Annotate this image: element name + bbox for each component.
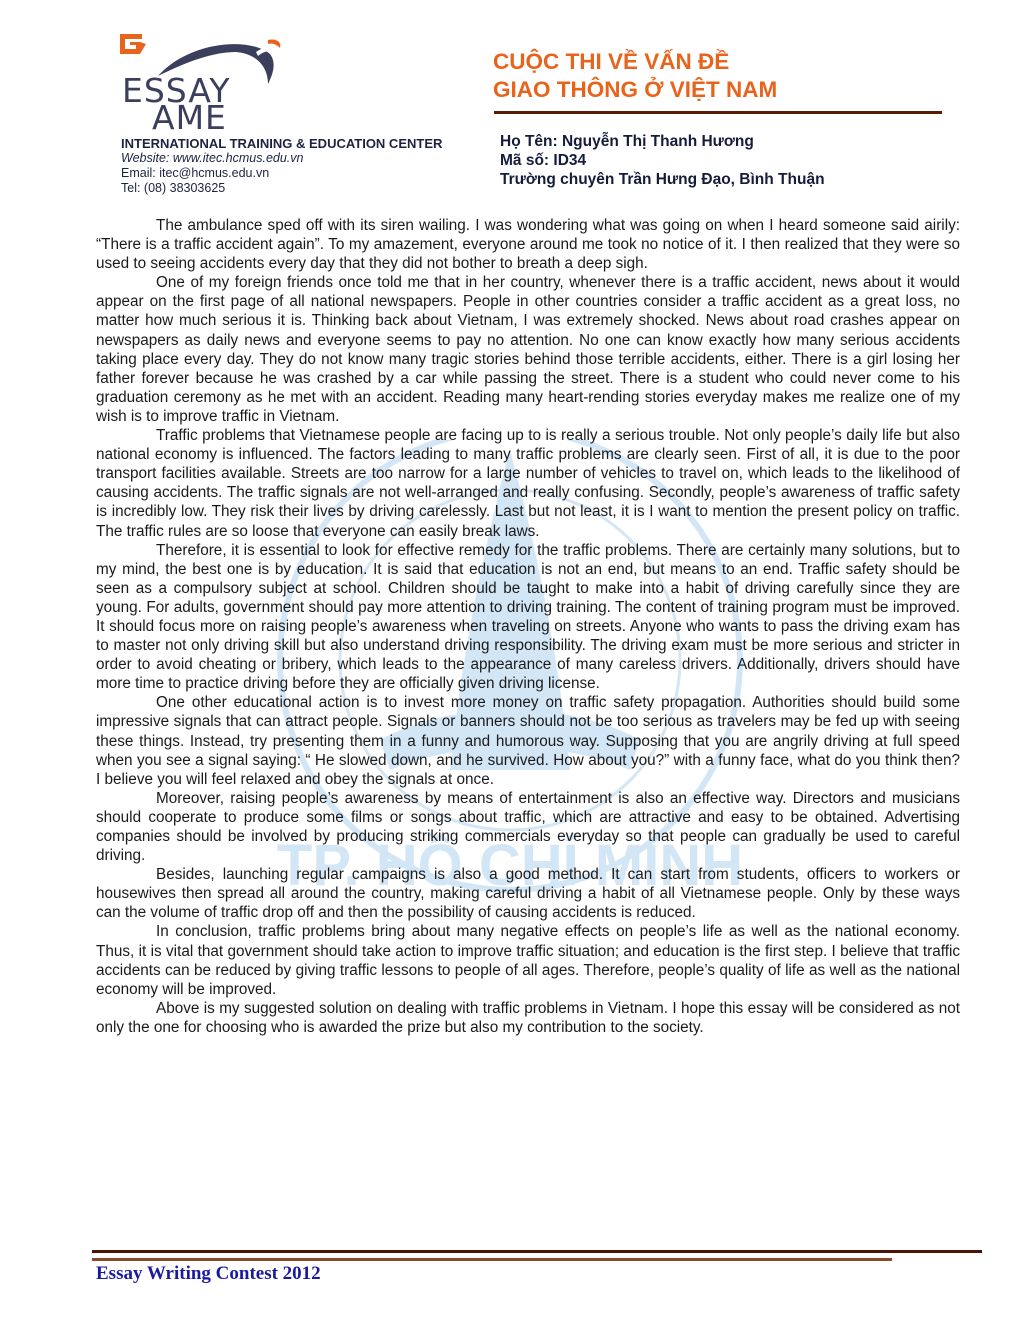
essay-paragraph: The ambulance sped off with its siren wa…	[96, 216, 960, 273]
footer-label: Essay Writing Contest 2012	[96, 1263, 321, 1285]
essay-paragraph: Traffic problems that Vietnamese people …	[96, 426, 960, 541]
author-info: Họ Tên: Nguyễn Thị Thanh Hương Mã số: ID…	[500, 132, 825, 189]
organization-info: INTERNATIONAL TRAINING & EDUCATION CENTE…	[121, 136, 442, 196]
footer-divider-bottom	[92, 1258, 892, 1261]
essay-paragraph: One of my foreign friends once told me t…	[96, 273, 960, 426]
organization-website: Website: www.itec.hcmus.edu.vn	[121, 151, 442, 166]
essay-paragraph: Moreover, raising people’s awareness by …	[96, 789, 960, 865]
title-divider	[494, 111, 942, 114]
organization-name: INTERNATIONAL TRAINING & EDUCATION CENTE…	[121, 136, 442, 151]
author-id: Mã số: ID34	[500, 151, 825, 170]
author-school: Trường chuyên Trần Hưng Đạo, Bình Thuận	[500, 170, 825, 189]
essay-game-logo: ESSAY AME	[118, 32, 298, 132]
contest-title-line1: CUỘC THI VỀ VẤN ĐỀ	[493, 48, 777, 76]
essay-body: The ambulance sped off with its siren wa…	[96, 216, 960, 1037]
organization-email: Email: itec@hcmus.edu.vn	[121, 166, 442, 181]
essay-paragraph: One other educational action is to inves…	[96, 693, 960, 788]
contest-title: CUỘC THI VỀ VẤN ĐỀ GIAO THÔNG Ở VIỆT NAM	[493, 48, 777, 104]
essay-paragraph: Therefore, it is essential to look for e…	[96, 541, 960, 694]
essay-paragraph: In conclusion, traffic problems bring ab…	[96, 922, 960, 998]
organization-tel: Tel: (08) 38303625	[121, 181, 442, 196]
logo-g-arrow-icon	[118, 32, 148, 56]
logo-game-text: AME	[152, 101, 227, 134]
footer-divider-top	[92, 1250, 982, 1253]
author-name: Họ Tên: Nguyễn Thị Thanh Hương	[500, 132, 825, 151]
essay-paragraph: Besides, launching regular campaigns is …	[96, 865, 960, 922]
essay-paragraph: Above is my suggested solution on dealin…	[96, 999, 960, 1037]
contest-title-line2: GIAO THÔNG Ở VIỆT NAM	[493, 76, 777, 104]
